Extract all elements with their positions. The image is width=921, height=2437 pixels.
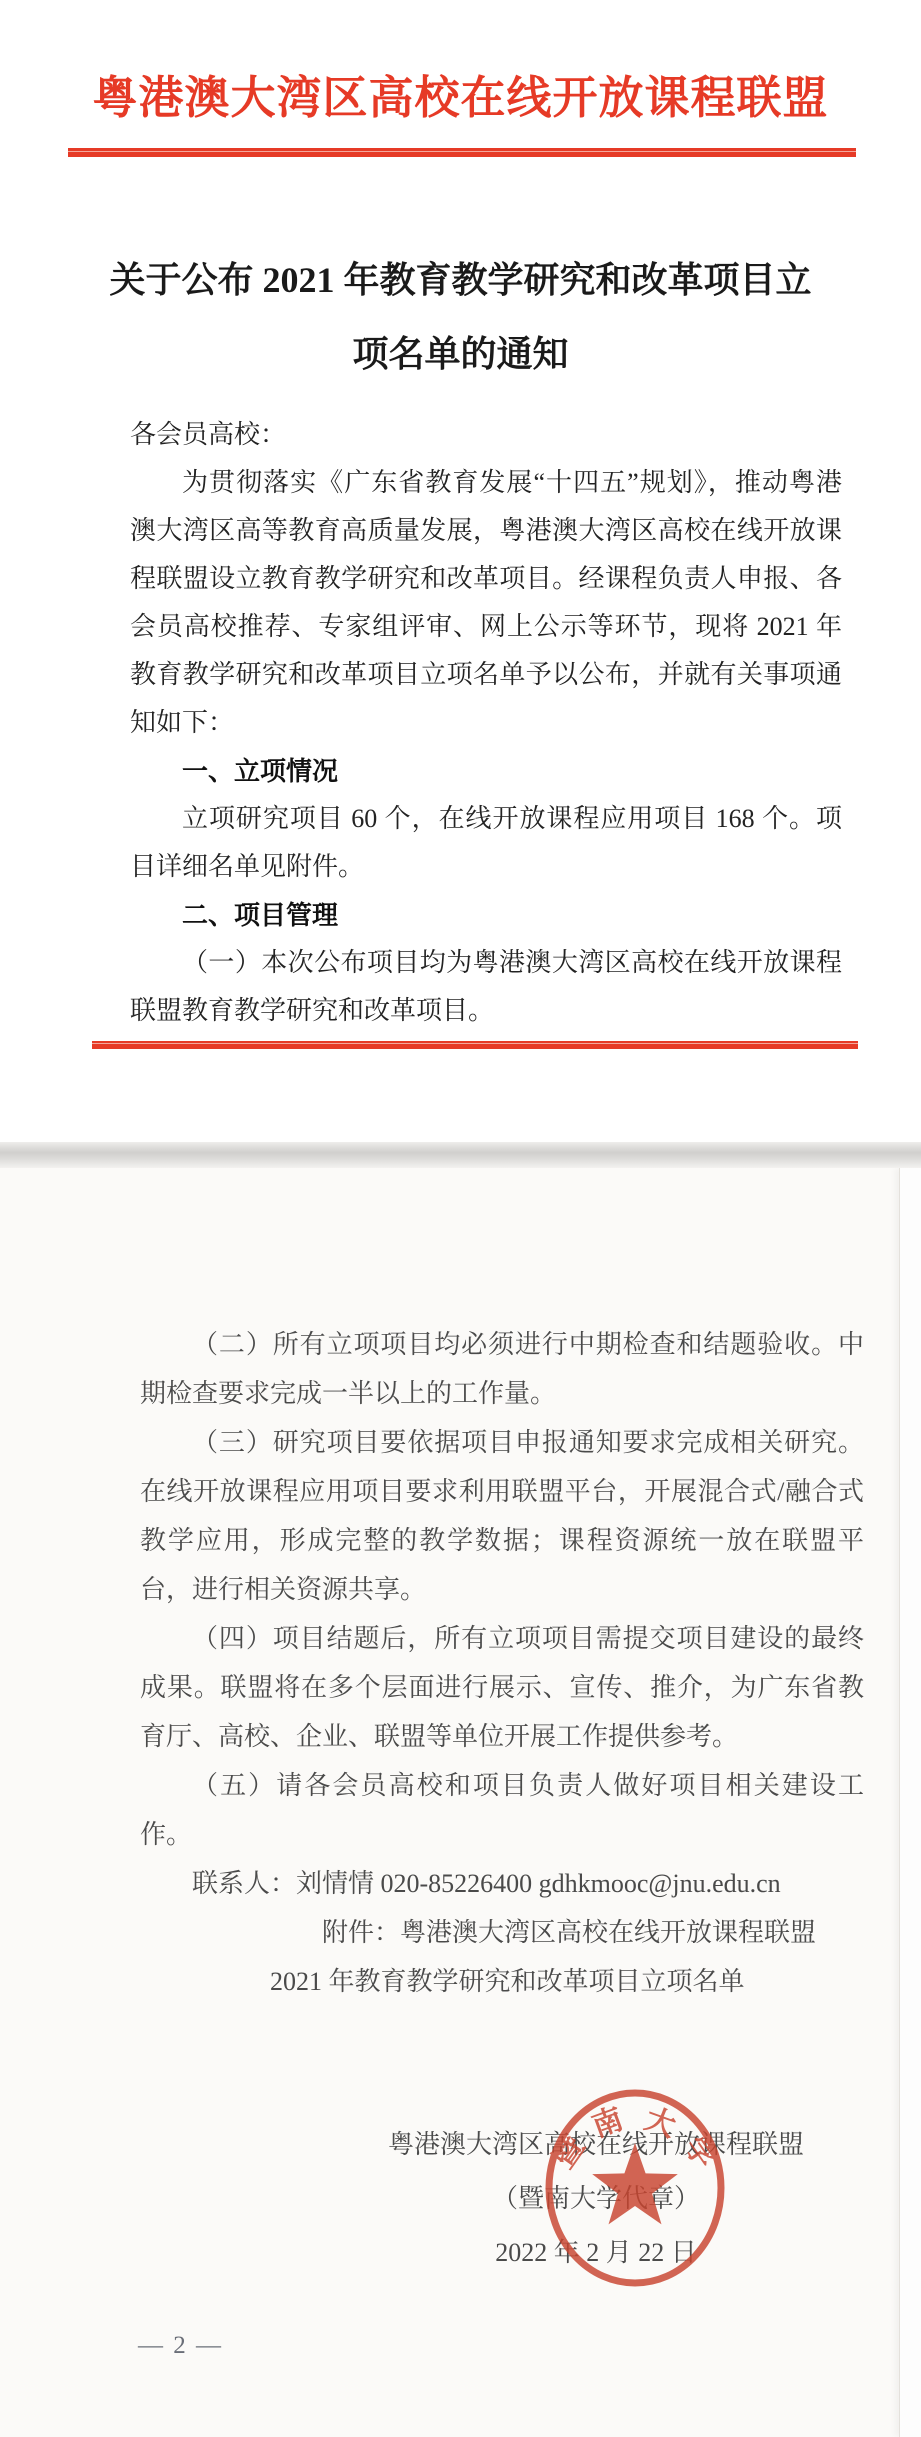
intro-paragraph: 为贯彻落实《广东省教育发展“十四五”规划》，推动粤港澳大湾区高等教育高质量发展，…	[130, 459, 842, 747]
section1-heading: 一、立项情况	[130, 747, 842, 795]
document-title: 关于公布 2021 年教育教学研究和改革项目立 项名单的通知	[0, 243, 921, 391]
letterhead-org-title: 粤港澳大湾区高校在线开放课程联盟	[0, 0, 921, 124]
page-gap-divider	[0, 1142, 921, 1168]
contact-line: 联系人：刘情情 020-85226400 gdhkmooc@jnu.edu.cn	[140, 1859, 864, 1908]
management-item-1: （一）本次公布项目均为粤港澳大湾区高校在线开放课程联盟教育教学研究和改革项目。	[130, 939, 842, 1035]
management-item-3: （三）研究项目要依据项目申报通知要求完成相关研究。在线开放课程应用项目要求利用联…	[140, 1418, 864, 1614]
footer-red-rule	[92, 1041, 858, 1049]
salutation: 各会员高校：	[130, 411, 842, 459]
page-right-margin	[899, 1168, 921, 2437]
document-title-line1: 关于公布 2021 年教育教学研究和改革项目立	[0, 243, 921, 317]
document-title-line2: 项名单的通知	[0, 317, 921, 391]
section1-body: 立项研究项目 60 个，在线开放课程应用项目 168 个。项目详细名单见附件。	[130, 795, 842, 891]
management-item-4: （四）项目结题后，所有立项项目需提交项目建设的最终成果。联盟将在多个层面进行展示…	[140, 1614, 864, 1761]
page2-body: （二）所有立项项目均必须进行中期检查和结题验收。中期检查要求完成一半以上的工作量…	[140, 1320, 864, 2006]
document-page-1: 粤港澳大湾区高校在线开放课程联盟 关于公布 2021 年教育教学研究和改革项目立…	[0, 0, 921, 1142]
management-item-2: （二）所有立项项目均必须进行中期检查和结题验收。中期检查要求完成一半以上的工作量…	[140, 1320, 864, 1418]
management-item-5: （五）请各会员高校和项目负责人做好项目相关建设工作。	[140, 1761, 864, 1859]
signature-date: 2022 年 2 月 22 日	[361, 2226, 831, 2280]
attachment-label: 附件：	[322, 1918, 400, 1947]
signature-block: 粤港澳大湾区高校在线开放课程联盟 （暨南大学代章） 2022 年 2 月 22 …	[361, 2118, 831, 2280]
signature-on-behalf: （暨南大学代章）	[361, 2172, 831, 2226]
page-number: — 2 —	[138, 2332, 223, 2360]
signature-org: 粤港澳大湾区高校在线开放课程联盟	[361, 2118, 831, 2172]
page1-body: 各会员高校： 为贯彻落实《广东省教育发展“十四五”规划》，推动粤港澳大湾区高等教…	[130, 411, 842, 1035]
letterhead-red-rule	[68, 148, 856, 157]
section2-heading: 二、项目管理	[130, 891, 842, 939]
document-page-2: （二）所有立项项目均必须进行中期检查和结题验收。中期检查要求完成一半以上的工作量…	[0, 1168, 921, 2437]
attachment-note: 附件：粤港澳大湾区高校在线开放课程联盟 2021 年教育教学研究和改革项目立项名…	[140, 1908, 864, 2006]
